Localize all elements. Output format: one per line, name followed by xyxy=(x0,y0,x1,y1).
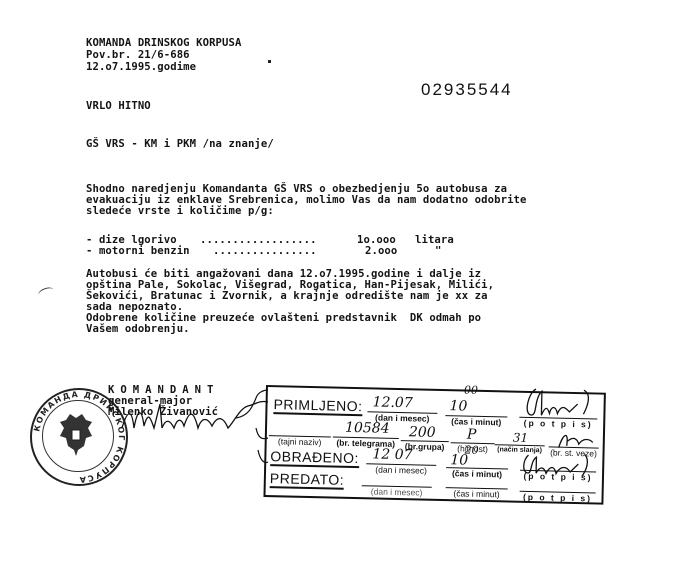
priority-label: VRLO HITNO xyxy=(86,101,151,112)
margin-mark xyxy=(37,286,55,300)
method-value: 31 xyxy=(513,431,529,445)
body-line: sledeće vrste i količime p/g: xyxy=(86,206,274,217)
caption-day-month: (dan i mesec) xyxy=(366,463,436,476)
received-date: 12.07 xyxy=(372,395,412,410)
unit-name: KOMANDA DRINSKOG KORPUSA xyxy=(86,38,241,49)
processed-label: OBRAĐENO: xyxy=(270,449,359,468)
telegram-number: 10584 xyxy=(345,421,390,436)
caption-signature: (p o t p i s) xyxy=(520,470,596,483)
document-date: 12.o7.1995.godime xyxy=(86,62,196,73)
signature-flourish xyxy=(236,388,270,478)
fuel-quantity: 2.ooo xyxy=(365,246,397,257)
delivered-label: PREDATO: xyxy=(270,471,345,490)
fuel-leader: ................ xyxy=(213,246,317,257)
received-hour: 10 xyxy=(449,399,467,413)
receipt-stamp: PRIMLJENO: 12.07 (dan i mesec) 10 00 (ča… xyxy=(263,385,605,505)
caption-hour-minute: (čas i minut) xyxy=(446,467,508,479)
received-minute: 00 xyxy=(464,383,478,397)
caption-signature: (p o t p i s) xyxy=(519,491,595,504)
processed-minute: 20 xyxy=(464,444,478,458)
received-label: PRIMLJENO: xyxy=(273,397,362,416)
fuel-name: - motorni benzin xyxy=(86,246,190,257)
group-number: 200 xyxy=(409,425,436,440)
caption-secret-name: (tajni naziv) xyxy=(269,435,331,447)
fuel-unit: " xyxy=(435,246,441,257)
reference-number: Pov.br. 21/6-686 xyxy=(86,50,190,61)
urgency-value: P xyxy=(467,428,477,442)
caption-hour-minute: (čas i minut) xyxy=(445,487,507,499)
archive-number: 02935544 xyxy=(421,80,513,100)
caption-hour-minute: (čas i minut) xyxy=(445,415,507,427)
received-signature xyxy=(517,385,598,421)
processed-date: 12 07 xyxy=(372,447,412,462)
addressee: GŠ VRS - KM i PKM /na znanje/ xyxy=(86,139,274,150)
caption-day-month: (dan i mesec) xyxy=(362,485,432,498)
body-line: Vašem odobrenju. xyxy=(86,324,190,335)
stray-mark xyxy=(268,60,271,63)
